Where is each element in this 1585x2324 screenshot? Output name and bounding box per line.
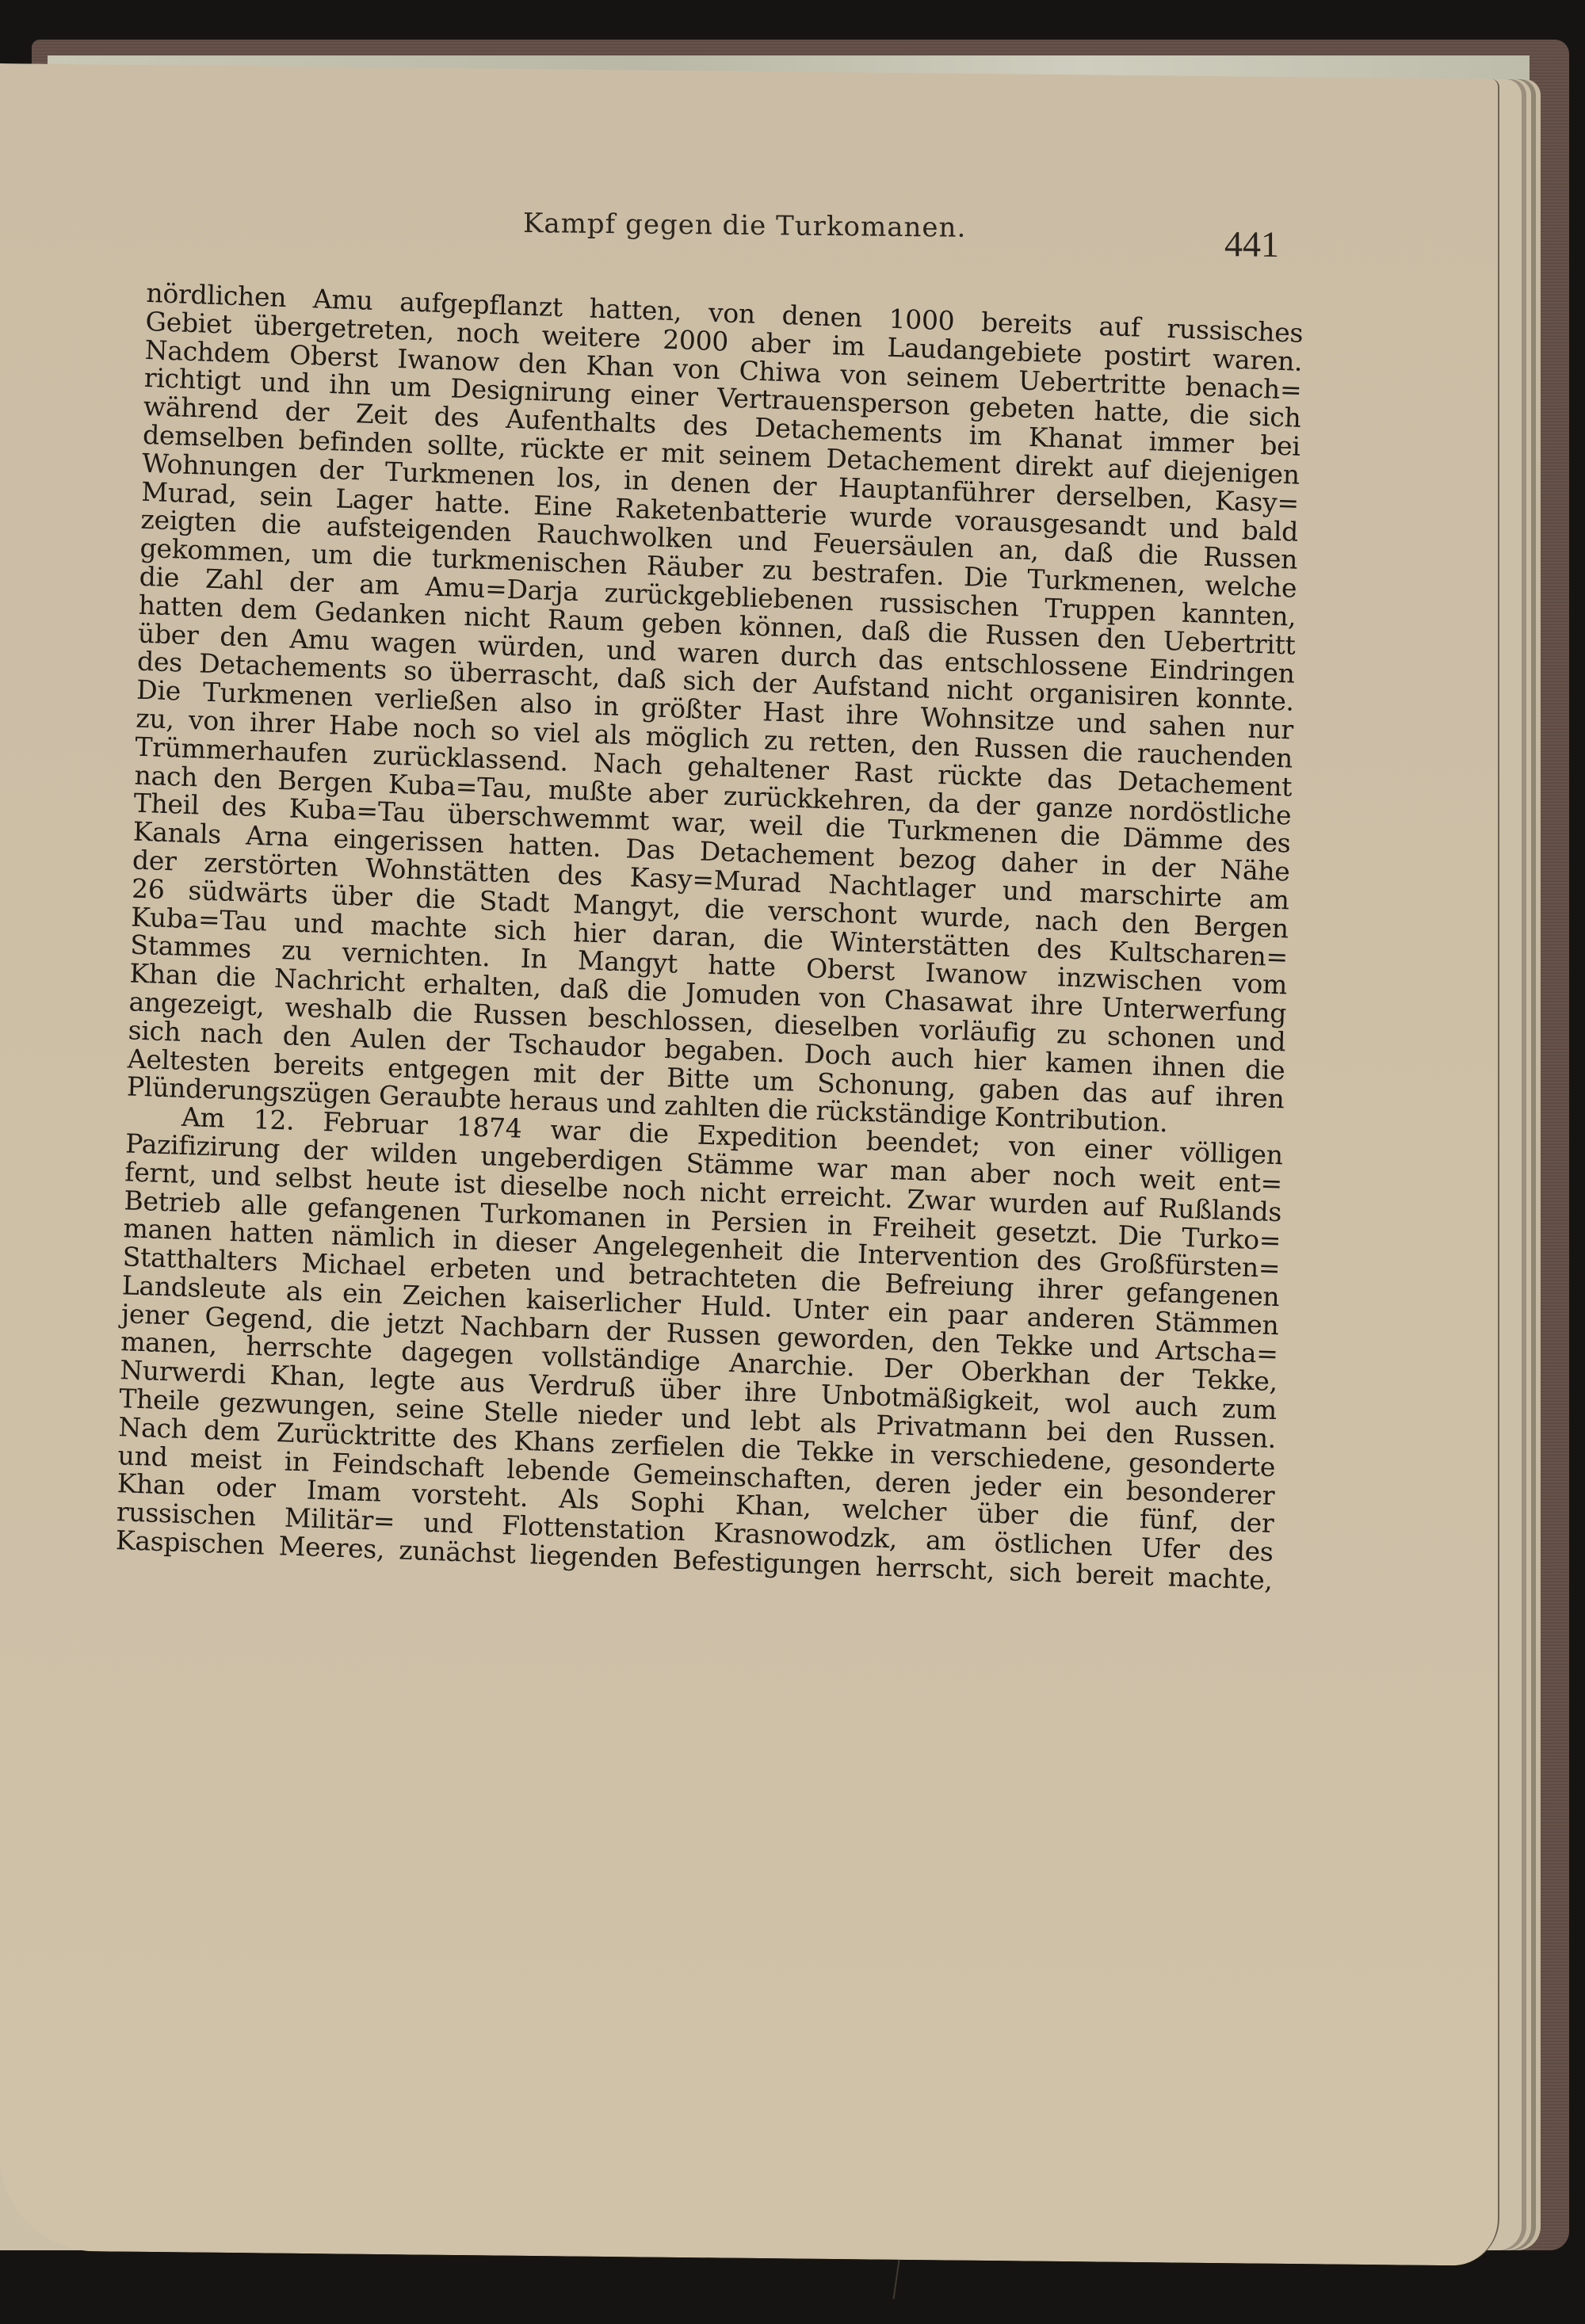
running-head: Kampf gegen die Turkomanen. 441 [0, 194, 1268, 255]
body-text: nördlichen Amu aufgepflanzt hatten, von … [116, 279, 1304, 1595]
running-title: Kampf gegen die Turkomanen. [523, 208, 966, 244]
page-number: 441 [1224, 223, 1279, 265]
paper-crease-mark [893, 2260, 900, 2299]
book-page: Kampf gegen die Turkomanen. 441 nördlich… [0, 63, 1499, 2266]
